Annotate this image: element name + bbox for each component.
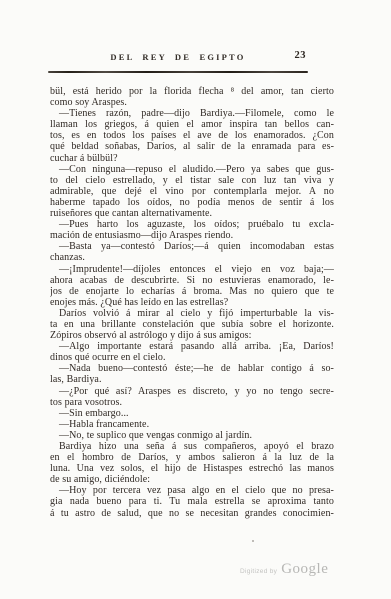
text-line: —Hoy por tercera vez pasa algo en el cie…	[50, 485, 334, 496]
text-line: tos, es en todos los países el ave de lo…	[50, 130, 334, 141]
text-line: tos para vosotros.	[50, 397, 334, 408]
text-line: —Sin embargo...	[50, 408, 334, 419]
book-page: DEL REY DE EGIPTO 23 bül, está herido po…	[0, 0, 391, 599]
running-title: DEL REY DE EGIPTO	[48, 52, 308, 62]
text-line: bül, está herido por la florida flecha ⁸…	[50, 86, 334, 97]
text-line: —No, te suplico que vengas conmigo al ja…	[50, 430, 334, 441]
text-line: to del cielo estrellado, y el tistar sal…	[50, 175, 334, 186]
text-line: ruiseñores que cantan alternativamente.	[50, 208, 334, 219]
text-line: —Basta ya—contestó Daríos;—á quien incom…	[50, 241, 334, 252]
text-line: —¡Imprudente!—díjoles entonces el viejo …	[50, 264, 334, 275]
text-line: mación de entusiasmo—dijo Araspes riendo…	[50, 230, 334, 241]
text-line: —¿Por qué así? Araspes es discreto, y yo…	[50, 386, 334, 397]
text-line: enojes más. ¿Qué has leído en las estrel…	[50, 297, 334, 308]
text-line: ta en una brillante constelación que sub…	[50, 319, 334, 330]
text-line: gia nada bueno para ti. Tu mala estrella…	[50, 496, 334, 507]
text-line: Daríos volvió á mirar al cielo y fijó im…	[50, 308, 334, 319]
header-rule	[48, 71, 308, 73]
text-line: chanzas.	[50, 252, 334, 263]
text-line: cuchar á bülbül?	[50, 153, 334, 164]
text-line: qué beldad soñabas, Daríos, al salir de …	[50, 141, 334, 152]
text-line: las, Bardiya.	[50, 374, 334, 385]
text-line: luna. Una vez solos, el hijo de Histaspe…	[50, 463, 334, 474]
watermark-prefix-label: Digitized by	[240, 568, 277, 575]
text-line: ahora acabas de descubrirte. Si no estuv…	[50, 275, 334, 286]
text-line: admirable, que dejé el vino por contempl…	[50, 186, 334, 197]
text-line: Bardiya hizo una seña á sus compañeros, …	[50, 441, 334, 452]
text-line: haberme tapado los oídos, no podía menos…	[50, 197, 334, 208]
google-logo: Google	[281, 561, 328, 578]
text-line: á tu astro de salud, que no se necesitan…	[50, 508, 334, 519]
text-line: en el hombro de Daríos, y ambos salieron…	[50, 452, 334, 463]
scan-speck	[252, 540, 254, 542]
text-line: como soy Araspes.	[50, 97, 334, 108]
text-line: —Algo importante estará pasando allá arr…	[50, 341, 334, 352]
text-line: llaman los griegos, á quien el amor insp…	[50, 119, 334, 130]
text-line: —Pues harto los aguzaste, los oídos; pru…	[50, 219, 334, 230]
page-header: DEL REY DE EGIPTO 23	[48, 52, 308, 66]
text-line: —Nada bueno—contestó éste;—he de hablar …	[50, 363, 334, 374]
page-number: 23	[295, 50, 307, 61]
text-line: Zópiros observó al astrólogo y dijo á su…	[50, 330, 334, 341]
text-line: jos de enojarte lo echarías á broma. Mas…	[50, 286, 334, 297]
digitized-watermark: Digitized by Google	[240, 561, 328, 578]
body-text-column: bül, está herido por la florida flecha ⁸…	[50, 86, 334, 519]
text-line: —Tienes razón, padre—dijo Bardiya.—Filom…	[50, 108, 334, 119]
text-line: —Con ninguna—repuso el aludido.—Pero ya …	[50, 164, 334, 175]
text-line: de su amigo, diciéndole:	[50, 474, 334, 485]
text-line: —Habla francamente.	[50, 419, 334, 430]
text-line: dinos qué ocurre en el cielo.	[50, 352, 334, 363]
